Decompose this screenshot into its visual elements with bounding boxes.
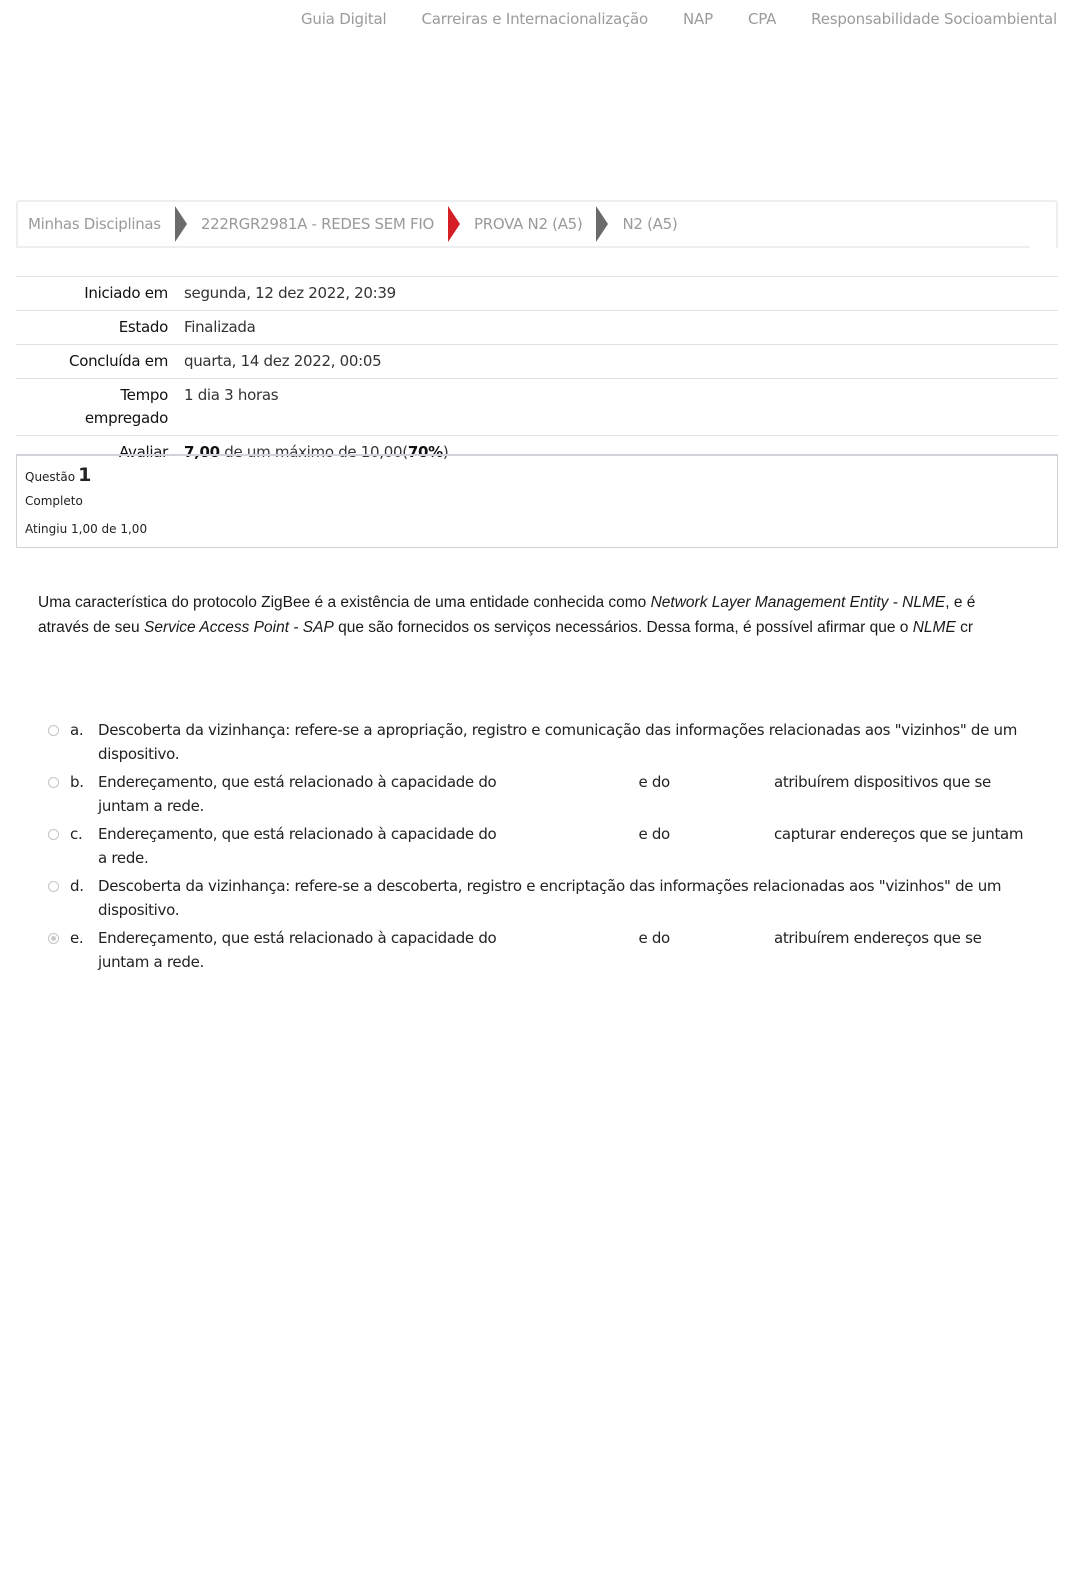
text-italic: NLME: [913, 619, 956, 636]
chevron-right-icon: [596, 206, 608, 242]
radio-button[interactable]: [48, 829, 59, 840]
nav-link-carreiras[interactable]: Carreiras e Internacionalização: [422, 10, 649, 34]
started-label: Iniciado em: [16, 277, 168, 310]
breadcrumb-prova[interactable]: PROVA N2 (A5): [474, 215, 582, 233]
attempt-summary: Iniciado em segunda, 12 dez 2022, 20:39 …: [16, 276, 1058, 469]
nav-link-nap[interactable]: NAP: [683, 10, 713, 34]
answer-text: Descoberta da vizinhança: refere-se a de…: [98, 874, 1028, 922]
answer-text-part: Endereçamento, que está relacionado à ca…: [98, 773, 496, 791]
chevron-right-icon: [448, 206, 460, 242]
state-value: Finalizada: [168, 311, 256, 344]
answer-text: Endereçamento, que está relacionado à ca…: [98, 822, 1028, 870]
completed-value: quarta, 14 dez 2022, 00:05: [168, 345, 381, 378]
nav-link-cpa[interactable]: CPA: [748, 10, 776, 34]
answer-text-part: Endereçamento, que está relacionado à ca…: [98, 825, 496, 843]
chevron-right-icon: [175, 206, 187, 242]
answer-option-a[interactable]: a. Descoberta da vizinhança: refere-se a…: [45, 718, 1045, 766]
text-segment: que são fornecidos os serviços necessári…: [334, 619, 913, 636]
question-text-line1: Uma característica do protocolo ZigBee é…: [38, 590, 1038, 615]
answer-text-part: e do: [638, 773, 670, 791]
answer-text: Endereçamento, que está relacionado à ca…: [98, 770, 1028, 818]
time-value: 1 dia 3 horas: [168, 379, 278, 435]
radio-button[interactable]: [48, 881, 59, 892]
text-italic: Service Access Point - SAP: [144, 619, 334, 636]
breadcrumb-divider: [16, 246, 1030, 248]
nav-link-guia-digital[interactable]: Guia Digital: [301, 10, 387, 34]
breadcrumb: Minhas Disciplinas 222RGR2981A - REDES S…: [28, 204, 677, 244]
text-segment: cr: [956, 619, 973, 636]
answer-text: Endereçamento, que está relacionado à ca…: [98, 926, 1028, 974]
radio-button[interactable]: [48, 725, 59, 736]
radio-button-selected[interactable]: [48, 933, 59, 944]
summary-row-state: Estado Finalizada: [16, 310, 1058, 344]
started-value: segunda, 12 dez 2022, 20:39: [168, 277, 396, 310]
answer-option-c[interactable]: c. Endereçamento, que está relacionado à…: [45, 822, 1045, 870]
breadcrumb-minhas-disciplinas[interactable]: Minhas Disciplinas: [28, 215, 161, 233]
question-text: Uma característica do protocolo ZigBee é…: [38, 590, 1038, 640]
question-state: Completo: [25, 494, 83, 508]
question-number: Questão1: [25, 464, 91, 486]
answer-options: a. Descoberta da vizinhança: refere-se a…: [45, 718, 1045, 978]
state-label: Estado: [16, 311, 168, 344]
text-italic: Network Layer Management Entity - NLME: [651, 594, 946, 611]
completed-label: Concluída em: [16, 345, 168, 378]
question-info-box: Questão1 Completo Atingiu 1,00 de 1,00: [16, 454, 1058, 548]
summary-row-started: Iniciado em segunda, 12 dez 2022, 20:39: [16, 276, 1058, 310]
answer-letter: c.: [70, 822, 82, 846]
answer-option-d[interactable]: d. Descoberta da vizinhança: refere-se a…: [45, 874, 1045, 922]
answer-text-part: Endereçamento, que está relacionado à ca…: [98, 929, 496, 947]
text-segment: Uma característica do protocolo ZigBee é…: [38, 594, 651, 611]
answer-option-b[interactable]: b. Endereçamento, que está relacionado à…: [45, 770, 1045, 818]
answer-letter: e.: [70, 926, 83, 950]
nav-link-responsabilidade[interactable]: Responsabilidade Socioambiental: [811, 10, 1057, 34]
time-label-line1: Tempo: [120, 386, 168, 404]
question-grade: Atingiu 1,00 de 1,00: [25, 522, 147, 536]
breadcrumb-current[interactable]: N2 (A5): [622, 215, 677, 233]
question-number-value: 1: [78, 464, 91, 486]
text-segment: , e é: [945, 594, 975, 611]
answer-letter: d.: [70, 874, 84, 898]
time-label: Tempo empregado: [16, 379, 168, 435]
summary-row-completed: Concluída em quarta, 14 dez 2022, 00:05: [16, 344, 1058, 378]
question-text-line2: através de seu Service Access Point - SA…: [38, 615, 1038, 640]
answer-text: Descoberta da vizinhança: refere-se a ap…: [98, 718, 1028, 766]
text-segment: através de seu: [38, 619, 144, 636]
time-label-line2: empregado: [85, 409, 168, 427]
radio-button[interactable]: [48, 777, 59, 788]
question-label: Questão: [25, 470, 75, 484]
breadcrumb-course[interactable]: 222RGR2981A - REDES SEM FIO: [201, 215, 434, 233]
summary-row-time: Tempo empregado 1 dia 3 horas: [16, 378, 1058, 435]
answer-option-e[interactable]: e. Endereçamento, que está relacionado à…: [45, 926, 1045, 974]
answer-text-part: e do: [638, 929, 670, 947]
answer-text-part: e do: [638, 825, 670, 843]
answer-letter: a.: [70, 718, 83, 742]
answer-letter: b.: [70, 770, 84, 794]
top-navigation: Guia Digital Carreiras e Internacionaliz…: [266, 10, 1057, 34]
